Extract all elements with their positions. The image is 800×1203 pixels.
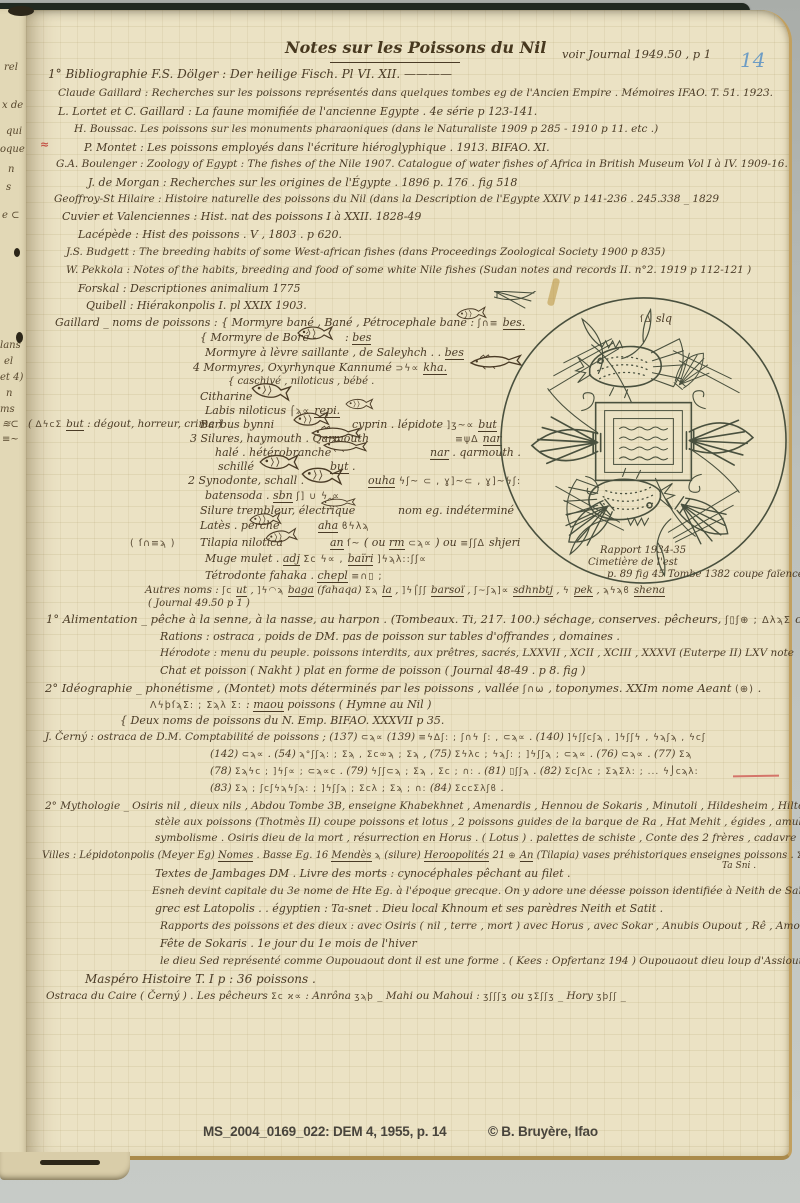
handwritten-line: P. Montet : Les poissons employés dans l… xyxy=(84,142,550,154)
handwritten-line: aha ϐϟλϡ xyxy=(318,520,369,532)
hieroglyph-run: Σϲ ϰ∝ xyxy=(271,992,302,1002)
handwritten-line: ΛϟþſϡΣ: ; Σϡλ Σ: : maou poissons ( Hymne… xyxy=(150,699,431,711)
handwritten-line: : bes xyxy=(345,332,371,344)
handwritten-line: Geoffroy-St Hilaire : Histoire naturelle… xyxy=(54,194,719,206)
hieroglyph-run: ʒʃʃʃʒ xyxy=(483,992,508,1002)
margin-fragment: ≡~ xyxy=(2,434,19,445)
hieroglyph-run: ]ϟʃʃϲʃϡ , ]ϟʃʃϟ , ϟϡʃϡ , ϟϲʃ xyxy=(567,733,706,743)
hieroglyph-run: Σϟλϲ ; ϟϡʃ: ; ]ϟʃʃϡ ; ⊂ϡ∝ xyxy=(455,750,587,760)
handwritten-line: (78) Σϡϟϲ ; ]ϟʃ∝ ; ⊂ϡ∝ϲ . (79) ϟʃʃ⊂ϡ ; Σ… xyxy=(210,766,699,778)
handwritten-line: Barbus bynni xyxy=(200,419,274,431)
hieroglyph-run: Σϡ xyxy=(679,750,692,760)
handwritten-line: J.S. Budgett : The breeding habits of so… xyxy=(66,247,665,259)
handwritten-line: cyprin . lépidote ]ʒ~∝ but xyxy=(352,419,497,431)
binding-hole xyxy=(14,248,20,257)
hieroglyph-run: ]ϟ◠ϡ xyxy=(257,586,288,596)
handwritten-line: Cuvier et Valenciennes : Hist. nat des p… xyxy=(62,211,421,223)
handwritten-line: schillé xyxy=(218,461,254,473)
handwritten-line: Chat et poisson ( Nakht ) plat en forme … xyxy=(160,665,585,677)
handwritten-line: Tétrodonte fahaka . chepl ≡∩▯ ; xyxy=(205,570,383,582)
handwritten-line: 1° Alimentation _ pêche à la senne, à la… xyxy=(46,613,800,627)
hieroglyph-run: ϟʃʃ⊂ϡ ; Σϡ , Σϲ ; ∩: xyxy=(371,767,474,777)
scanned-notebook-page: 14 Notes sur les Poissons du Nil voir Jo… xyxy=(0,0,800,1203)
hieroglyph-run: ʒΣʃʃʒ xyxy=(527,992,554,1002)
handwritten-line: Villes : Lépidotonpolis (Meyer Eg) Nomes… xyxy=(42,850,800,861)
handwritten-line: W. Pekkola : Notes of the habits, breedi… xyxy=(66,265,751,277)
hieroglyph-run: ʃϲ xyxy=(222,586,236,596)
handwritten-line: Lacépède : Hist des poissons . V , 1803 … xyxy=(78,229,342,241)
binding-hole xyxy=(16,332,23,343)
handwritten-line: Claude Gaillard : Recherches sur les poi… xyxy=(58,88,773,100)
handwritten-line: Mormyre à lèvre saillante , de Saleyhch … xyxy=(205,347,464,359)
fish-sketch xyxy=(296,324,336,342)
hieroglyph-run: ▯ʃʃϡ xyxy=(509,767,530,777)
hieroglyph-run: Σϡϟϲ ; ]ϟʃ∝ ; ⊂ϡ∝ϲ xyxy=(235,767,336,777)
handwritten-line: 2° Idéographie _ phonétisme , (Montet) m… xyxy=(45,682,761,696)
handwritten-line: (83) Σϡ ; ʃϲʃϟϡϟʃϡ: ; ]ϟʃʃϡ ; Σϲλ ; Σϡ ;… xyxy=(210,783,504,795)
handwritten-line: stèle aux poissons (Thotmès II) coupe po… xyxy=(155,817,800,829)
handwritten-line: Citharine xyxy=(200,391,252,403)
hieroglyph-run: Σϲʃλϲ ; ΣϡΣλ: ; ... ϟ⌡ϲϡλ: xyxy=(565,767,699,777)
hieroglyph-run: ≡∩▯ ; xyxy=(351,571,382,582)
title-underline xyxy=(330,62,460,63)
margin-fragment: oque xyxy=(0,144,25,155)
hieroglyph-run: ⊃ϟ∝ xyxy=(395,363,423,374)
handwritten-line: symbolisme . Osiris dieu de la mort , ré… xyxy=(155,833,800,845)
hieroglyph-run: ]ϟϡλ::ʃʃ∝ xyxy=(377,554,427,565)
hieroglyph-run: ΣϲϲΣλʃϐ xyxy=(455,784,497,794)
handwritten-line: Hérodote : menu du peuple. poissons inte… xyxy=(160,648,794,660)
handwritten-line: le dieu Sed représenté comme Oupouaout d… xyxy=(160,956,800,968)
handwritten-line: Muge mulet . adj Σϲ ϟ∝ , baïri ]ϟϡλ::ʃʃ∝ xyxy=(205,553,427,565)
page-title: Notes sur les Poissons du Nil xyxy=(285,38,546,57)
caption-reference: MS_2004_0169_022: DEM 4, 1955, p. 14 xyxy=(203,1124,446,1139)
handwritten-line: (142) ⊂ϡ∝ . (54) ϡ°ʃʃϡ: ; Σϡ , Σϲ∞ϡ ; Σϡ… xyxy=(210,749,692,761)
handwritten-line: 4 Mormyres, Oxyrhynque Kannumé ⊃ϟ∝ kha. xyxy=(193,362,447,374)
hieroglyph-run: ϡ xyxy=(375,851,381,861)
hieroglyph-run: ΛϟþſϡΣ: ; Σϡλ Σ: xyxy=(150,700,246,711)
page-stack-corner xyxy=(0,1152,130,1180)
margin-fragment: n xyxy=(8,164,14,175)
handwritten-line: ( Journal 49.50 p 1 ) xyxy=(148,598,250,609)
hieroglyph-run: ʃ∩ω xyxy=(523,684,545,695)
caption-copyright: © B. Bruyère, Ifao xyxy=(488,1124,598,1139)
faience-bowl-drawing xyxy=(494,291,793,590)
fish-sketch xyxy=(344,397,376,411)
handwritten-line: 2 Synodonte, schall . xyxy=(188,475,304,487)
hieroglyph-run: ⊂ϡ∝ xyxy=(408,538,432,549)
hieroglyph-run: Σϡ ; ʃϲʃϟϡϟʃϡ: ; ]ϟʃʃϡ ; Σϲλ ; Σϡ ; ∩: xyxy=(235,784,427,794)
fish-sketch xyxy=(247,510,284,528)
hieroglyph-run: ⊕ xyxy=(508,851,516,861)
fish-sketch xyxy=(320,495,358,509)
handwritten-line: grec est Latopolis . . égyptien : Ta-sne… xyxy=(155,903,663,915)
handwritten-line: an ſ~ ( ou rm ⊂ϡ∝ ) ou ≡ʃʃΔ shjeri xyxy=(330,537,520,549)
hieroglyph-run: ʒϡþ xyxy=(354,992,374,1002)
hieroglyph-run: ϡ°ʃʃϡ: ; Σϡ , Σϲ∞ϡ ; Σϡ xyxy=(299,750,420,760)
handwritten-line: H. Boussac. Les poissons sur les monumen… xyxy=(74,124,658,136)
fish-sketch xyxy=(299,463,346,487)
hieroglyph-run: Σϡ xyxy=(365,586,382,596)
margin-fragment: e ⊂ xyxy=(2,210,19,221)
margin-fragment: qui xyxy=(6,126,22,137)
handwritten-line: 1° Bibliographie F.S. Dölger : Der heili… xyxy=(48,68,452,81)
margin-fragment: rel xyxy=(4,62,18,73)
hieroglyph-run: ΔϟϲΣ xyxy=(35,420,66,430)
margin-fragment: el xyxy=(4,356,13,367)
handwritten-line: ( ſ∩≡ϡ ) xyxy=(130,537,176,549)
edge-smudge xyxy=(40,1160,100,1165)
handwritten-line: J. de Morgan : Recherches sur les origin… xyxy=(88,177,517,189)
hieroglyph-run: ϐϟλϡ xyxy=(342,521,370,532)
handwritten-line: Fête de Sokaris . 1e jour du 1e mois de … xyxy=(160,938,417,950)
margin-fragment: n xyxy=(6,388,12,399)
page-number: 14 xyxy=(740,48,765,72)
hieroglyph-run: ʒþʃʃ xyxy=(596,992,617,1002)
hieroglyph-run: Σϲ ϟ∝ , xyxy=(303,554,347,565)
margin-fragment: s xyxy=(6,182,11,193)
hieroglyph-run: ⊂ϡ∝ xyxy=(361,733,384,743)
handwritten-line: L. Lortet et C. Gaillard : La faune momi… xyxy=(58,106,537,118)
hieroglyph-run: ]ʒ~∝ xyxy=(446,420,478,431)
margin-fragment: ms xyxy=(0,404,15,415)
handwritten-line: Ta Sni . xyxy=(722,862,756,872)
hieroglyph-run: ( ſ∩≡ϡ ) xyxy=(130,538,176,549)
handwritten-line: Rations : ostraca , poids de DM. pas de … xyxy=(160,631,620,643)
binding-tab xyxy=(8,6,34,16)
red-margin-tick: ≈ xyxy=(40,138,49,151)
hieroglyph-run: (⊕) xyxy=(735,684,754,695)
hieroglyph-run: ⊂ϡ∝ xyxy=(621,750,644,760)
margin-fragment: x de xyxy=(2,100,23,111)
hieroglyph-run: ſ~ xyxy=(347,538,360,549)
fish-sketch xyxy=(258,452,302,472)
margin-fragment: et 4) xyxy=(0,372,23,383)
handwritten-line: Rapports des poissons et des dieux : ave… xyxy=(160,921,800,933)
handwritten-line: 2° Mythologie _ Osiris nil , dieux nils … xyxy=(45,801,800,813)
handwritten-line: Forskal : Descriptiones animalium 1775 xyxy=(78,283,300,295)
handwritten-line: G.A. Boulenger : Zoology of Egypt : The … xyxy=(56,159,788,171)
handwritten-line: Ostraca du Caire ( Černý ) . Les pêcheur… xyxy=(46,991,626,1003)
handwritten-line: ( ΔϟϲΣ but : dégout, horreur, crime ) xyxy=(28,419,222,431)
hieroglyph-run: ⊂ϡ∝ xyxy=(242,750,265,760)
hieroglyph-run: ≡ψΔ xyxy=(455,434,483,445)
handwritten-line: Esneh devint capitale du 3e nome de Hte … xyxy=(152,886,800,898)
title-note: voir Journal 1949.50 , p 1 xyxy=(562,47,711,61)
hieroglyph-run: ≡ϟΔʃ: ; ʃ∩ϟ ʃ: , ⊂ϡ∝ xyxy=(418,733,525,743)
handwritten-line: J. Černý : ostraca de D.M. Comptabilité … xyxy=(45,732,706,744)
fish-sketch xyxy=(322,437,371,455)
hieroglyph-run: ≡ʃʃΔ xyxy=(460,538,489,549)
margin-fragment: ≋⊂ xyxy=(2,419,19,430)
fish-sketch xyxy=(454,305,489,323)
hieroglyph-run: ʃ▯ʃ⊕ ; ΔλϡΣ xyxy=(725,615,795,626)
handwritten-line: { Deux noms de poissons du N. Emp. BIFAO… xyxy=(120,715,444,727)
handwritten-line: Quibell : Hiérakonpolis I. pl XXIX 1903. xyxy=(86,300,307,312)
handwritten-line: Maspéro Histoire T. I p : 36 poissons . xyxy=(85,973,316,986)
handwritten-line: Textes de Jambages DM . Livre des morts … xyxy=(155,868,571,880)
hieroglyph-run: ]ϟ⌠ʃʃ xyxy=(402,586,431,596)
